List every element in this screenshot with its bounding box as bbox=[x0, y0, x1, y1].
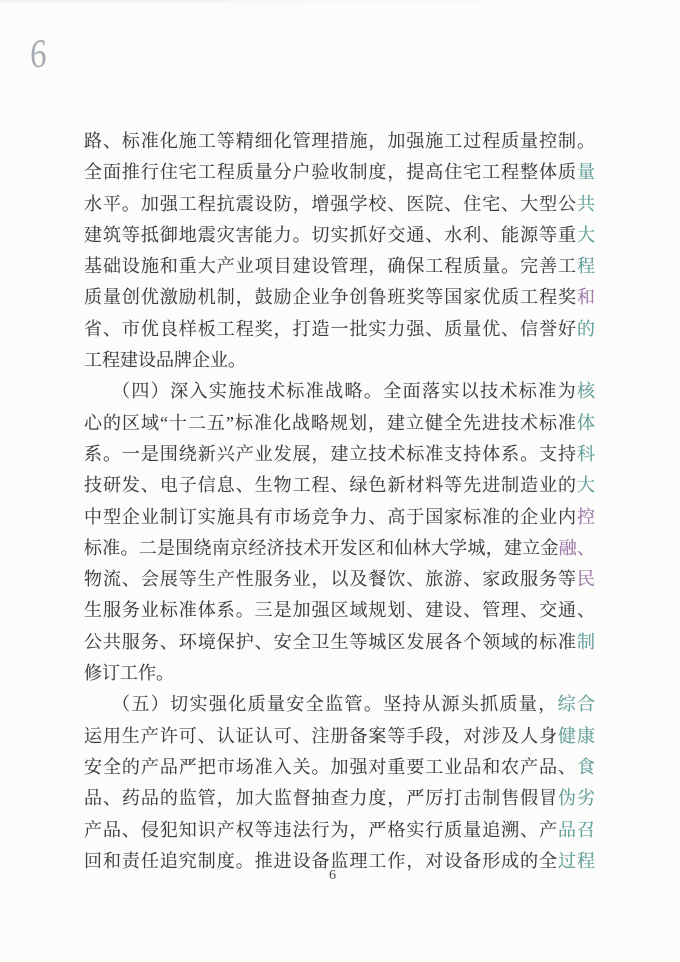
line-text-scan-tinted: 综合 bbox=[558, 694, 595, 714]
text-line: 质量创优激励机制，鼓励企业争创鲁班奖等国家优质工程奖和 bbox=[84, 282, 595, 313]
line-text-scan-tinted: 大 bbox=[577, 225, 595, 245]
line-text-scan-tinted: 程 bbox=[577, 256, 595, 276]
line-text: 品、药品的监管，加大监督抽查力度，严厉打击制售假冒 bbox=[84, 788, 558, 808]
text-line: 技研发、电子信息、生物工程、绿色新材料等先进制造业的大 bbox=[84, 470, 595, 501]
line-text-scan-tinted: 融、 bbox=[559, 538, 595, 558]
line-text: 运用生产许可、认证认可、注册备案等手段，对涉及人身 bbox=[84, 726, 558, 746]
text-line: 建筑等抵御地震灾害能力。切实抓好交通、水利、能源等重大 bbox=[84, 220, 595, 251]
text-line: 心的区域“十二五”标准化战略规划，建立健全先进技术标准体 bbox=[84, 408, 595, 439]
page-number: 6 bbox=[84, 868, 581, 884]
text-line: （五）切实强化质量安全监管。坚持从源头抓质量，综合 bbox=[84, 689, 595, 720]
line-text: 基础设施和重大产业项目建设管理，确保工程质量。完善工 bbox=[84, 256, 577, 276]
line-text-scan-tinted: 共 bbox=[577, 194, 595, 214]
line-text: 心的区域“十二五”标准化战略规划，建立健全先进技术标准 bbox=[84, 413, 577, 433]
line-text-scan-tinted: 健康 bbox=[558, 726, 595, 746]
line-text: 省、市优良样板工程奖，打造一批实力强、质量优、信誉好 bbox=[84, 319, 577, 339]
line-text-scan-tinted: 民 bbox=[577, 569, 595, 589]
text-line: 公共服务、环境保护、安全卫生等城区发展各个领域的标准制 bbox=[84, 627, 595, 658]
text-line: 品、药品的监管，加大监督抽查力度，严厉打击制售假冒伪劣 bbox=[84, 783, 595, 814]
text-line: 水平。加强工程抗震设防，增强学校、医院、住宅、大型公共 bbox=[84, 189, 595, 220]
line-text: 安全的产品严把市场准入关。加强对重要工业品和农产品、 bbox=[84, 757, 577, 777]
text-line: 产品、侵犯知识产权等违法行为，严格实行质量追溯、产品召 bbox=[84, 815, 595, 846]
line-text-scan-tinted: 和 bbox=[577, 287, 595, 307]
line-text-scan-tinted: 食 bbox=[577, 757, 595, 777]
line-text-scan-tinted: 量 bbox=[577, 162, 595, 182]
line-text: 系。一是围绕新兴产业发展，建立技术标准支持体系。支持 bbox=[84, 444, 577, 464]
text-line: 运用生产许可、认证认可、注册备案等手段，对涉及人身健康 bbox=[84, 721, 595, 752]
line-text: 物流、会展等生产性服务业，以及餐饮、旅游、家政服务等 bbox=[84, 569, 577, 589]
line-text: （五）切实强化质量安全监管。坚持从源头抓质量， bbox=[112, 694, 558, 714]
line-text: 产品、侵犯知识产权等违法行为，严格实行质量追溯、产 bbox=[84, 820, 558, 840]
line-text: 生服务业标准体系。三是加强区域规划、建设、管理、交通、 bbox=[84, 600, 595, 620]
scanned-document-page: 6 路、标准化施工等精细化管理措施，加强施工过程质量控制。全面推行住宅工程质量分… bbox=[0, 0, 680, 962]
text-line: 中型企业制订实施具有市场竞争力、高于国家标准的企业内控 bbox=[84, 502, 595, 533]
line-text: 路、标准化施工等精细化管理措施，加强施工过程质量控制。 bbox=[84, 131, 595, 151]
line-text-scan-tinted: 制 bbox=[577, 632, 595, 652]
line-text-scan-tinted: 核 bbox=[577, 381, 595, 401]
line-text: 中型企业制订实施具有市场竞争力、高于国家标准的企业内 bbox=[84, 507, 577, 527]
text-line: 安全的产品严把市场准入关。加强对重要工业品和农产品、食 bbox=[84, 752, 595, 783]
scan-edge-artifact bbox=[0, 0, 680, 3]
text-line: 生服务业标准体系。三是加强区域规划、建设、管理、交通、 bbox=[84, 595, 595, 626]
line-text: （四）深入实施技术标准战略。全面落实以技术标准为 bbox=[112, 381, 577, 401]
handwritten-page-mark: 6 bbox=[27, 29, 49, 78]
line-text-scan-tinted: 控 bbox=[577, 507, 595, 527]
line-text-scan-tinted: 大 bbox=[577, 475, 595, 495]
line-text: 标准。二是围绕南京经济技术开发区和仙林大学城，建立金 bbox=[84, 538, 559, 558]
line-text: 质量创优激励机制，鼓励企业争创鲁班奖等国家优质工程奖 bbox=[84, 287, 577, 307]
text-line: 基础设施和重大产业项目建设管理，确保工程质量。完善工程 bbox=[84, 251, 595, 282]
line-text: 修订工作。 bbox=[84, 663, 174, 683]
line-text: 工程建设品牌企业。 bbox=[84, 350, 246, 370]
text-line: 物流、会展等生产性服务业，以及餐饮、旅游、家政服务等民 bbox=[84, 564, 595, 595]
line-text-scan-tinted: 科 bbox=[577, 444, 595, 464]
text-line: 路、标准化施工等精细化管理措施，加强施工过程质量控制。 bbox=[84, 126, 595, 157]
text-line: 标准。二是围绕南京经济技术开发区和仙林大学城，建立金融、 bbox=[84, 533, 595, 564]
line-text-scan-tinted: 伪劣 bbox=[558, 788, 595, 808]
text-line: 省、市优良样板工程奖，打造一批实力强、质量优、信誉好的 bbox=[84, 314, 595, 345]
line-text: 水平。加强工程抗震设防，增强学校、医院、住宅、大型公 bbox=[84, 194, 577, 214]
line-text-scan-tinted: 体 bbox=[577, 413, 595, 433]
line-text-scan-tinted: 的 bbox=[577, 319, 595, 339]
text-line: 系。一是围绕新兴产业发展，建立技术标准支持体系。支持科 bbox=[84, 439, 595, 470]
text-line: 全面推行住宅工程质量分户验收制度，提高住宅工程整体质量 bbox=[84, 157, 595, 188]
text-line: 修订工作。 bbox=[84, 658, 595, 689]
line-text: 建筑等抵御地震灾害能力。切实抓好交通、水利、能源等重 bbox=[84, 225, 577, 245]
text-line: 工程建设品牌企业。 bbox=[84, 345, 595, 376]
line-text: 公共服务、环境保护、安全卫生等城区发展各个领域的标准 bbox=[84, 632, 577, 652]
line-text: 技研发、电子信息、生物工程、绿色新材料等先进制造业的 bbox=[84, 475, 577, 495]
text-line: （四）深入实施技术标准战略。全面落实以技术标准为核 bbox=[84, 376, 595, 407]
line-text-scan-tinted: 品召 bbox=[558, 820, 595, 840]
document-body: 路、标准化施工等精细化管理措施，加强施工过程质量控制。全面推行住宅工程质量分户验… bbox=[84, 126, 595, 877]
line-text: 全面推行住宅工程质量分户验收制度，提高住宅工程整体质 bbox=[84, 162, 577, 182]
